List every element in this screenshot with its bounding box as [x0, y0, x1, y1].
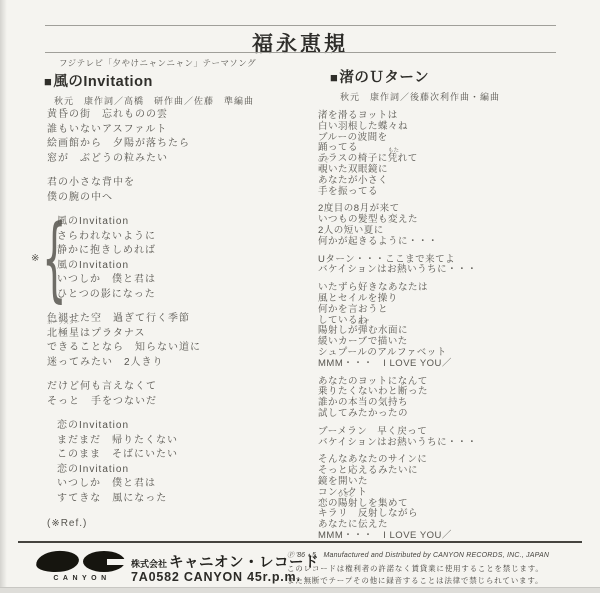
- lyric-line: いつしか 僕と君は: [57, 477, 201, 492]
- lyric-line: このまま そばにいたい: [57, 448, 201, 463]
- lyric-block: だけど何も言えなくてそっと 手をつないだ: [47, 380, 201, 409]
- furigana: のぞ: [318, 159, 329, 165]
- lyric-line: 窓が ぶどうの粒みたい: [47, 152, 201, 167]
- song-header-left: フジテレビ「夕やけニャンニャン」テーマソング ■風のInvitation 秋元 …: [44, 57, 256, 107]
- lyric-line: バケイションはお熱いうちに・・・: [318, 265, 477, 276]
- furigana: はず: [358, 321, 369, 327]
- lyric-line: まだまだ 帰りたくない: [57, 434, 201, 449]
- lyric-line: できることなら 知らない道に: [47, 341, 201, 356]
- lyric-line: ブーメラン 早く戻って: [318, 427, 477, 438]
- tv-tieup-caption: フジテレビ「夕やけニャンニャン」テーマソング: [59, 57, 256, 69]
- lyric-line: 何かを言おうと: [318, 305, 477, 316]
- furigana: もた: [388, 149, 399, 155]
- company-prefix: 株式会社: [131, 559, 167, 569]
- square-marker-icon: ■: [44, 74, 52, 89]
- artist-name: 福永恵規: [0, 28, 600, 58]
- song-title-left-text: 風のInvitation: [53, 74, 152, 90]
- lyric-line: 白い羽根した蝶々ね: [318, 122, 477, 133]
- furigana: ポーラスター: [47, 321, 80, 327]
- manufactured-line: Manufactured and Distributed by CANYON R…: [323, 552, 549, 559]
- ref-asterisk-mark: ※: [31, 251, 40, 266]
- catalog-number: 7A0582 CANYON 45r.p.m.: [131, 570, 301, 584]
- lyric-line: 僕の腕の中へ: [47, 191, 201, 206]
- lyric-line: バケイションはお熱いうちに・・・: [318, 438, 477, 449]
- lyric-line: 静かに抱きしめれば: [57, 244, 201, 259]
- lyric-block: 黄昏の街 忘れものの雲誰もいないアスファルト絵画館から 夕陽が落ちたら窓が ぶど…: [47, 108, 201, 166]
- lyric-block: 渚を滑るヨットは白い羽根した蝶々ねブルーの波間を踊ってるテラスの椅子に凭れてもた…: [318, 111, 477, 197]
- lyric-block: そんなあなたのサインにそっと応えるみたいに鏡を開いたコンパクト恋の陽射しを集めて…: [318, 455, 477, 541]
- lyric-line: 何かが起きるように・・・: [318, 237, 477, 248]
- record-sleeve-back: 福永恵規 フジテレビ「夕やけニャンニャン」テーマソング ■風のInvitatio…: [0, 0, 600, 593]
- pline-made-line: Ⓟ '86・5 Manufactured and Distributed by …: [287, 549, 549, 563]
- canyon-logo-p-icon: [35, 549, 80, 574]
- lyric-line: だけど何も言えなくて: [47, 380, 201, 395]
- lyric-line: 迷ってみたい 2人きり: [47, 356, 201, 371]
- lyric-line: 風のInvitation: [57, 215, 201, 230]
- square-marker-icon: ■: [330, 70, 338, 85]
- legal-block: Ⓟ '86・5 Manufactured and Distributed by …: [287, 549, 549, 588]
- lyric-block: いたずら好きなあなたは風とセイルを操り何かを言おうとしているわ陽射しが弾む水面に…: [318, 283, 477, 369]
- lyric-block: 色褪せた空 過ぎて行く季節北極星はプラタナスポーラスターできることなら 知らない…: [47, 312, 201, 370]
- lyric-line: 絵画館から 夕陽が落ちたら: [47, 137, 201, 152]
- lyric-line: 君の小さな背中を: [47, 176, 201, 191]
- lyric-line: 手を振ってる: [318, 187, 477, 198]
- song-header-right: ■渚のＵターン 秋元 康作詞／後藤次利作曲・編曲: [330, 66, 500, 103]
- lyric-line: 誰もいないアスファルト: [47, 123, 201, 138]
- canyon-logo-text: CANYON: [36, 575, 128, 582]
- song-title-right: ■渚のＵターン: [330, 66, 500, 87]
- rental-notice: このレコードは権利者の許諾なく賃貸業に使用することを禁じます。: [287, 563, 549, 576]
- copy-notice: また無断でテープその他に録音することは法律で禁じられています。: [287, 575, 549, 588]
- footer-divider: [18, 541, 582, 543]
- lyric-block: ブーメラン 早く戻ってバケイションはお熱いうちに・・・: [318, 427, 477, 449]
- header-divider-top: [45, 25, 556, 26]
- ref-footnote: (※Ref.): [47, 518, 87, 529]
- lyric-block: 恋のInvitationまだまだ 帰りたくないこのまま そばにいたい恋のInvi…: [57, 419, 201, 506]
- credits-right: 秋元 康作詞／後藤次利作曲・編曲: [340, 90, 500, 103]
- lyric-line: 黄昏の街 忘れものの雲: [47, 108, 201, 123]
- lyric-block: 2度目の8月が来ていつもの髪型も変えた2人の短い夏に何かが起きるように・・・: [318, 204, 477, 247]
- lyric-line: ひとつの影になった: [57, 288, 201, 303]
- lyric-line: 試してみたかったの: [318, 409, 477, 420]
- canyon-logo-c-icon: [83, 551, 125, 572]
- header-divider-bottom: [45, 52, 556, 53]
- lyric-line: MMM・・・ I LOVE YOU／: [318, 359, 477, 370]
- song-title-right-text: 渚のＵターン: [339, 70, 429, 86]
- lyric-line: すてきな 風になった: [57, 492, 201, 507]
- lyric-line: 風のInvitation: [57, 259, 201, 274]
- lyric-line: 恋のInvitation: [57, 419, 201, 434]
- lyric-line: 北極星はプラタナスポーラスター: [47, 327, 201, 342]
- canyon-logo: CANYON: [36, 550, 128, 582]
- lyric-block: 君の小さな背中を僕の腕の中へ: [47, 176, 201, 205]
- lyric-line: さらわれないように: [57, 230, 201, 245]
- scan-edge-left: [0, 0, 7, 593]
- lyric-block: {※風のInvitationさらわれないように静かに抱きしめれば風のInvita…: [57, 215, 201, 302]
- lyric-line: そっと 手をつないだ: [47, 395, 201, 410]
- lyric-block: あなたのヨットになんて乗りたくないわと断った誰かの本当の気持ち試してみたかったの: [318, 377, 477, 420]
- lyric-block: Uターン・・・ここまで来てよバケイションはお熱いうちに・・・: [318, 255, 477, 277]
- credits-left: 秋元 康作詞／高橋 研作曲／佐藤 準編曲: [54, 94, 256, 107]
- p-in-circle-icon: Ⓟ '86・5: [287, 552, 316, 559]
- lyric-line: あなたが小さく: [318, 176, 477, 187]
- lyrics-column-left: 黄昏の街 忘れものの雲誰もいないアスファルト絵画館から 夕陽が落ちたら窓が ぶど…: [47, 108, 201, 516]
- song-title-left: ■風のInvitation: [44, 70, 256, 91]
- lyric-line: いつしか 僕と君は: [57, 273, 201, 288]
- furigana: ひざし: [338, 493, 355, 499]
- scan-edge-bottom: [0, 587, 600, 593]
- lyrics-column-right: 渚を滑るヨットは白い羽根した蝶々ねブルーの波間を踊ってるテラスの椅子に凭れてもた…: [318, 111, 477, 549]
- lyric-line: 恋のInvitation: [57, 463, 201, 478]
